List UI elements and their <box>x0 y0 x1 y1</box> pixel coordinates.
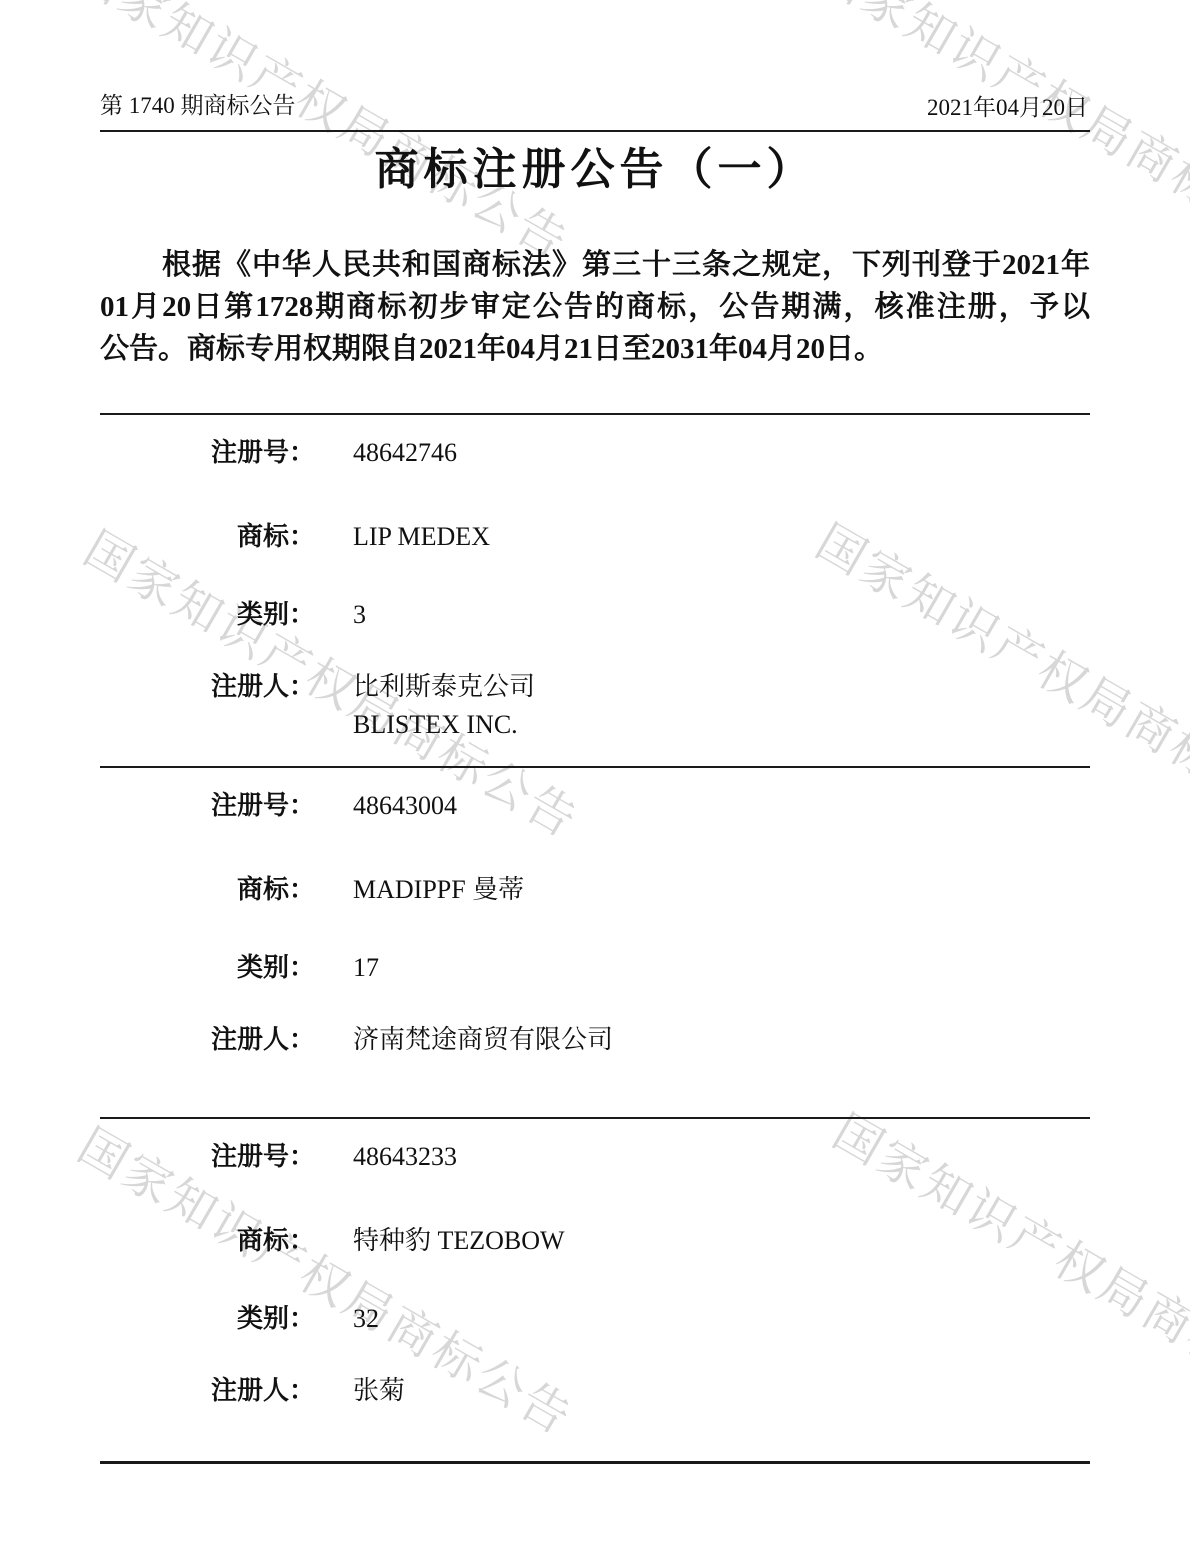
registrant-name-cn: 比利斯泰克公司 <box>353 671 535 702</box>
field-row-trademark: 商标： 特种豹 TEZOBOW <box>100 1225 565 1256</box>
field-label-class: 类别： <box>100 599 315 630</box>
field-label-trademark: 商标： <box>100 874 315 905</box>
bottom-divider <box>100 1461 1090 1464</box>
trademark-entry-3: 注册号： 48643233 商标： 特种豹 TEZOBOW 类别： 32 注册人… <box>100 1117 1090 1463</box>
field-row-trademark: 商标： MADIPPF 曼蒂 <box>100 874 524 905</box>
field-label-registrant: 注册人： <box>100 1375 315 1406</box>
intro-line-2: 01月20日第1728期商标初步审定公告的商标，公告期满，核准注册，予以 <box>100 286 1090 328</box>
intro-line-3: 公告。商标专用权期限自2021年04月21日至2031年04月20日。 <box>100 328 1090 370</box>
field-value-reg-no: 48643004 <box>353 790 457 821</box>
field-value-class: 17 <box>353 952 379 983</box>
field-row-class: 类别： 3 <box>100 599 366 630</box>
field-label-registrant: 注册人： <box>100 1024 315 1055</box>
field-value-trademark: LIP MEDEX <box>353 521 490 552</box>
field-row-registrant: 注册人： 济南梵途商贸有限公司 <box>100 1024 613 1055</box>
gazette-date: 2021年04月20日 <box>927 94 1088 122</box>
field-label-registrant: 注册人： <box>100 671 315 702</box>
page-title: 商标注册公告（一） <box>0 146 1190 194</box>
gazette-issue: 第 1740 期商标公告 <box>100 92 296 120</box>
field-row-class: 类别： 32 <box>100 1303 379 1334</box>
field-row-class: 类别： 17 <box>100 952 379 983</box>
field-value-reg-no: 48643233 <box>353 1141 457 1172</box>
field-label-reg-no: 注册号： <box>100 1141 315 1172</box>
field-row-registrant: 注册人： 比利斯泰克公司 BLISTEX INC. <box>100 671 535 740</box>
field-value-trademark: MADIPPF 曼蒂 <box>353 874 524 905</box>
header-divider <box>100 130 1090 132</box>
field-label-trademark: 商标： <box>100 521 315 552</box>
trademark-entry-1: 注册号： 48642746 商标： LIP MEDEX 类别： 3 注册人： 比… <box>100 413 1090 768</box>
field-value-class: 3 <box>353 599 366 630</box>
field-row-reg-no: 注册号： 48642746 <box>100 437 457 468</box>
watermark-text: 国家知识产权局商标公告 <box>809 0 1190 269</box>
field-label-class: 类别： <box>100 1303 315 1334</box>
trademark-entry-2: 注册号： 48643004 商标： MADIPPF 曼蒂 类别： 17 注册人：… <box>100 766 1090 1119</box>
field-value-trademark: 特种豹 TEZOBOW <box>353 1225 565 1256</box>
gazette-page: 国家知识产权局商标公告 国家知识产权局商标公告 国家知识产权局商标公告 国家知识… <box>0 0 1190 1564</box>
field-value-reg-no: 48642746 <box>353 437 457 468</box>
field-row-trademark: 商标： LIP MEDEX <box>100 521 490 552</box>
field-row-reg-no: 注册号： 48643004 <box>100 790 457 821</box>
field-label-reg-no: 注册号： <box>100 790 315 821</box>
field-value-class: 32 <box>353 1303 379 1334</box>
registrant-name-cn: 济南梵途商贸有限公司 <box>353 1024 613 1055</box>
field-label-trademark: 商标： <box>100 1225 315 1256</box>
intro-line-1: 根据《中华人民共和国商标法》第三十三条之规定，下列刊登于2021年 <box>100 244 1090 286</box>
field-label-reg-no: 注册号： <box>100 437 315 468</box>
field-row-registrant: 注册人： 张菊 <box>100 1375 405 1406</box>
watermark-text: 国家知识产权局商标公告 <box>66 0 576 269</box>
registrant-name-en: BLISTEX INC. <box>353 709 535 740</box>
field-row-reg-no: 注册号： 48643233 <box>100 1141 457 1172</box>
intro-paragraph: 根据《中华人民共和国商标法》第三十三条之规定，下列刊登于2021年 01月20日… <box>100 244 1090 370</box>
registrant-name-cn: 张菊 <box>353 1375 405 1406</box>
field-label-class: 类别： <box>100 952 315 983</box>
